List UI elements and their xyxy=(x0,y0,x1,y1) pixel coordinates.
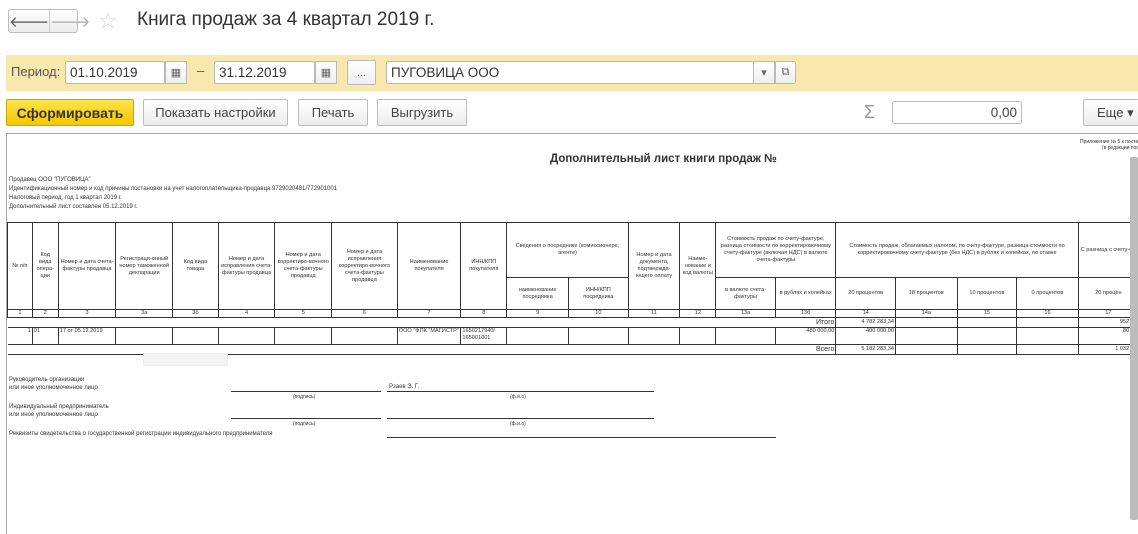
ip-label: Индивидуальный предприниматель или иное … xyxy=(9,403,109,419)
head-name: Рзаев Э. Г. xyxy=(389,383,419,391)
table-row: 1 01 17 от 05.12.2019 ООО "ФПК "МАГИСТР"… xyxy=(8,328,1138,345)
calendar-icon[interactable]: ▦ xyxy=(315,61,337,84)
itogo-label: Итого xyxy=(8,318,836,328)
vertical-scrollbar[interactable] xyxy=(1130,157,1138,520)
header-c10: ИНН/КПП посредника xyxy=(569,278,629,310)
report-title: Дополнительный лист книги продаж № xyxy=(550,153,777,165)
dropdown-icon[interactable]: ▾ xyxy=(753,61,775,84)
column-number: 15 xyxy=(957,310,1017,318)
report-sheet-date: Дополнительный лист составлен 05.12.2019… xyxy=(9,203,138,211)
column-number: 14а xyxy=(895,310,957,318)
more-menu-button[interactable]: Еще ▾ xyxy=(1083,99,1138,126)
header-c3b: Код вида товара xyxy=(173,223,219,310)
column-number: 3а xyxy=(116,310,173,318)
header-c11: Номер и дата документа, подтверждa-ющего… xyxy=(628,223,680,310)
header-cost-group: Стоимость продаж по счету-фактуре, разни… xyxy=(716,223,836,278)
header-c6: Номер и дата исправления корректиро-вочн… xyxy=(332,223,398,310)
back-arrow-icon[interactable]: 🡐 xyxy=(9,10,49,32)
header-c1: № п/п xyxy=(8,223,33,310)
signature-caption: (подпись) xyxy=(293,420,315,428)
column-number: 13б xyxy=(775,310,836,318)
row-op-code: 01 xyxy=(32,328,58,345)
header-c3: Номер и дата счета-фактуры продавца xyxy=(58,223,116,310)
head-label: Руководитель организации или иное уполно… xyxy=(9,376,98,392)
itogo-row: Итого 4 782 283,34 952 44 xyxy=(8,318,1138,328)
column-number: 12 xyxy=(680,310,716,318)
period-dash: – xyxy=(197,63,204,78)
header-c4: Номер и дата исправления счета-фактуры п… xyxy=(218,223,275,310)
period-select-button[interactable]: ... xyxy=(347,60,376,85)
column-number: 6 xyxy=(332,310,398,318)
row-buyer: ООО "ФПК "МАГИСТР" xyxy=(397,328,461,345)
cell-highlight xyxy=(143,353,228,366)
column-number: 3б xyxy=(173,310,219,318)
header-c3a: Регистраци-онный номер таможенной деклар… xyxy=(116,223,173,310)
navigation-buttons: 🡐 🡒 xyxy=(8,9,78,33)
fio-caption: (ф.и.о) xyxy=(510,420,526,428)
page-title: Книга продаж за 4 квартал 2019 г. xyxy=(137,9,434,31)
favorite-star-icon[interactable]: ☆ xyxy=(98,8,118,34)
sum-value-field: 0,00 xyxy=(892,101,1022,124)
vsego-c14: 5 182 283,34 xyxy=(836,345,896,355)
header-c13b: в рублях и копейках xyxy=(775,278,836,310)
column-number: 11 xyxy=(628,310,680,318)
column-number: 7 xyxy=(397,310,461,318)
row-buyer-inn: 1650217940/ 165001001 xyxy=(461,328,507,345)
date-to-input[interactable]: 31.12.2019 xyxy=(214,61,315,84)
generate-button[interactable]: Сформировать xyxy=(6,99,134,126)
registration-line xyxy=(387,437,776,438)
ip-signature-line xyxy=(231,418,381,419)
column-number: 4 xyxy=(218,310,275,318)
row-c13b: 480 000,00 xyxy=(775,328,836,345)
export-button[interactable]: Выгрузить xyxy=(377,99,467,126)
column-number: 9 xyxy=(507,310,569,318)
registration-label: Реквизиты свидетельства о государственно… xyxy=(9,430,273,438)
column-number: 10 xyxy=(569,310,629,318)
signature-caption: (подпись) xyxy=(293,393,315,401)
head-signature-line xyxy=(231,391,381,392)
fio-caption: (ф.и.о) xyxy=(510,393,526,401)
report-inn-kpp: Идентификационный номер и код причины по… xyxy=(9,185,337,193)
header-c2: Код вида опера-ции xyxy=(32,223,58,310)
itogo-c14: 4 782 283,34 xyxy=(836,318,896,328)
row-c14: 400 000,00 xyxy=(836,328,896,345)
header-c9: наименование посредника xyxy=(507,278,569,310)
appendix-note: Приложение № 5 к постановле (в редакции … xyxy=(1072,139,1138,151)
column-number: 1 xyxy=(8,310,33,318)
open-organization-icon[interactable]: ⧉ xyxy=(775,61,796,84)
show-settings-button[interactable]: Показать настройки xyxy=(143,99,288,126)
header-c16: 0 процентов xyxy=(1017,278,1079,310)
column-number: 3 xyxy=(58,310,116,318)
header-c12: Наиме-нование и код валюты xyxy=(680,223,716,310)
period-label: Период: xyxy=(11,64,60,79)
date-from-input[interactable]: 01.10.2019 xyxy=(65,61,165,84)
header-c14a: 18 процентов xyxy=(895,278,957,310)
report-document: Приложение № 5 к постановле (в редакции … xyxy=(6,133,1138,534)
column-number: 8 xyxy=(461,310,507,318)
column-number: 16 xyxy=(1017,310,1079,318)
organization-input[interactable]: ПУГОВИЦА ООО xyxy=(386,61,754,84)
forward-arrow-icon[interactable]: 🡒 xyxy=(49,10,90,32)
sum-icon: Σ xyxy=(864,102,875,123)
head-fio-line xyxy=(387,391,654,392)
report-seller: Продавец ООО "ПУГОВИЦА" xyxy=(9,176,91,184)
row-number: 1 xyxy=(8,328,33,345)
header-agent-group: Сведения о посреднике (комиссионере, аге… xyxy=(507,223,628,278)
column-number: 13а xyxy=(716,310,776,318)
row-invoice: 17 от 05.12.2019 xyxy=(58,328,116,345)
header-c14: 20 процентов xyxy=(836,278,896,310)
header-c8: ИНН/КПП покупателя xyxy=(461,223,507,310)
report-tax-period: Налоговый период, год 1 квартал 2019 г. xyxy=(9,194,122,202)
calendar-icon[interactable]: ▦ xyxy=(165,61,187,84)
print-button[interactable]: Печать xyxy=(298,99,368,126)
sales-book-table: № п/п Код вида опера-ции Номер и дата сч… xyxy=(7,222,1138,355)
header-c7: Наименование покупателя xyxy=(397,223,461,310)
header-c15: 10 процентов xyxy=(957,278,1017,310)
ip-fio-line xyxy=(387,418,654,419)
column-number: 14 xyxy=(836,310,896,318)
column-number: 2 xyxy=(32,310,58,318)
vsego-label: Всего xyxy=(8,345,836,355)
header-c13a: в валюте счета-фактуры xyxy=(716,278,776,310)
column-number: 5 xyxy=(275,310,332,318)
column-number-row: 1233а3б45678910111213а13б1414а151617 xyxy=(8,310,1138,318)
header-taxable-group: Стоимость продаж, облагаемых налогом, по… xyxy=(836,223,1078,278)
header-c5: Номер и дата корректиро-вочного счета-фа… xyxy=(275,223,332,310)
